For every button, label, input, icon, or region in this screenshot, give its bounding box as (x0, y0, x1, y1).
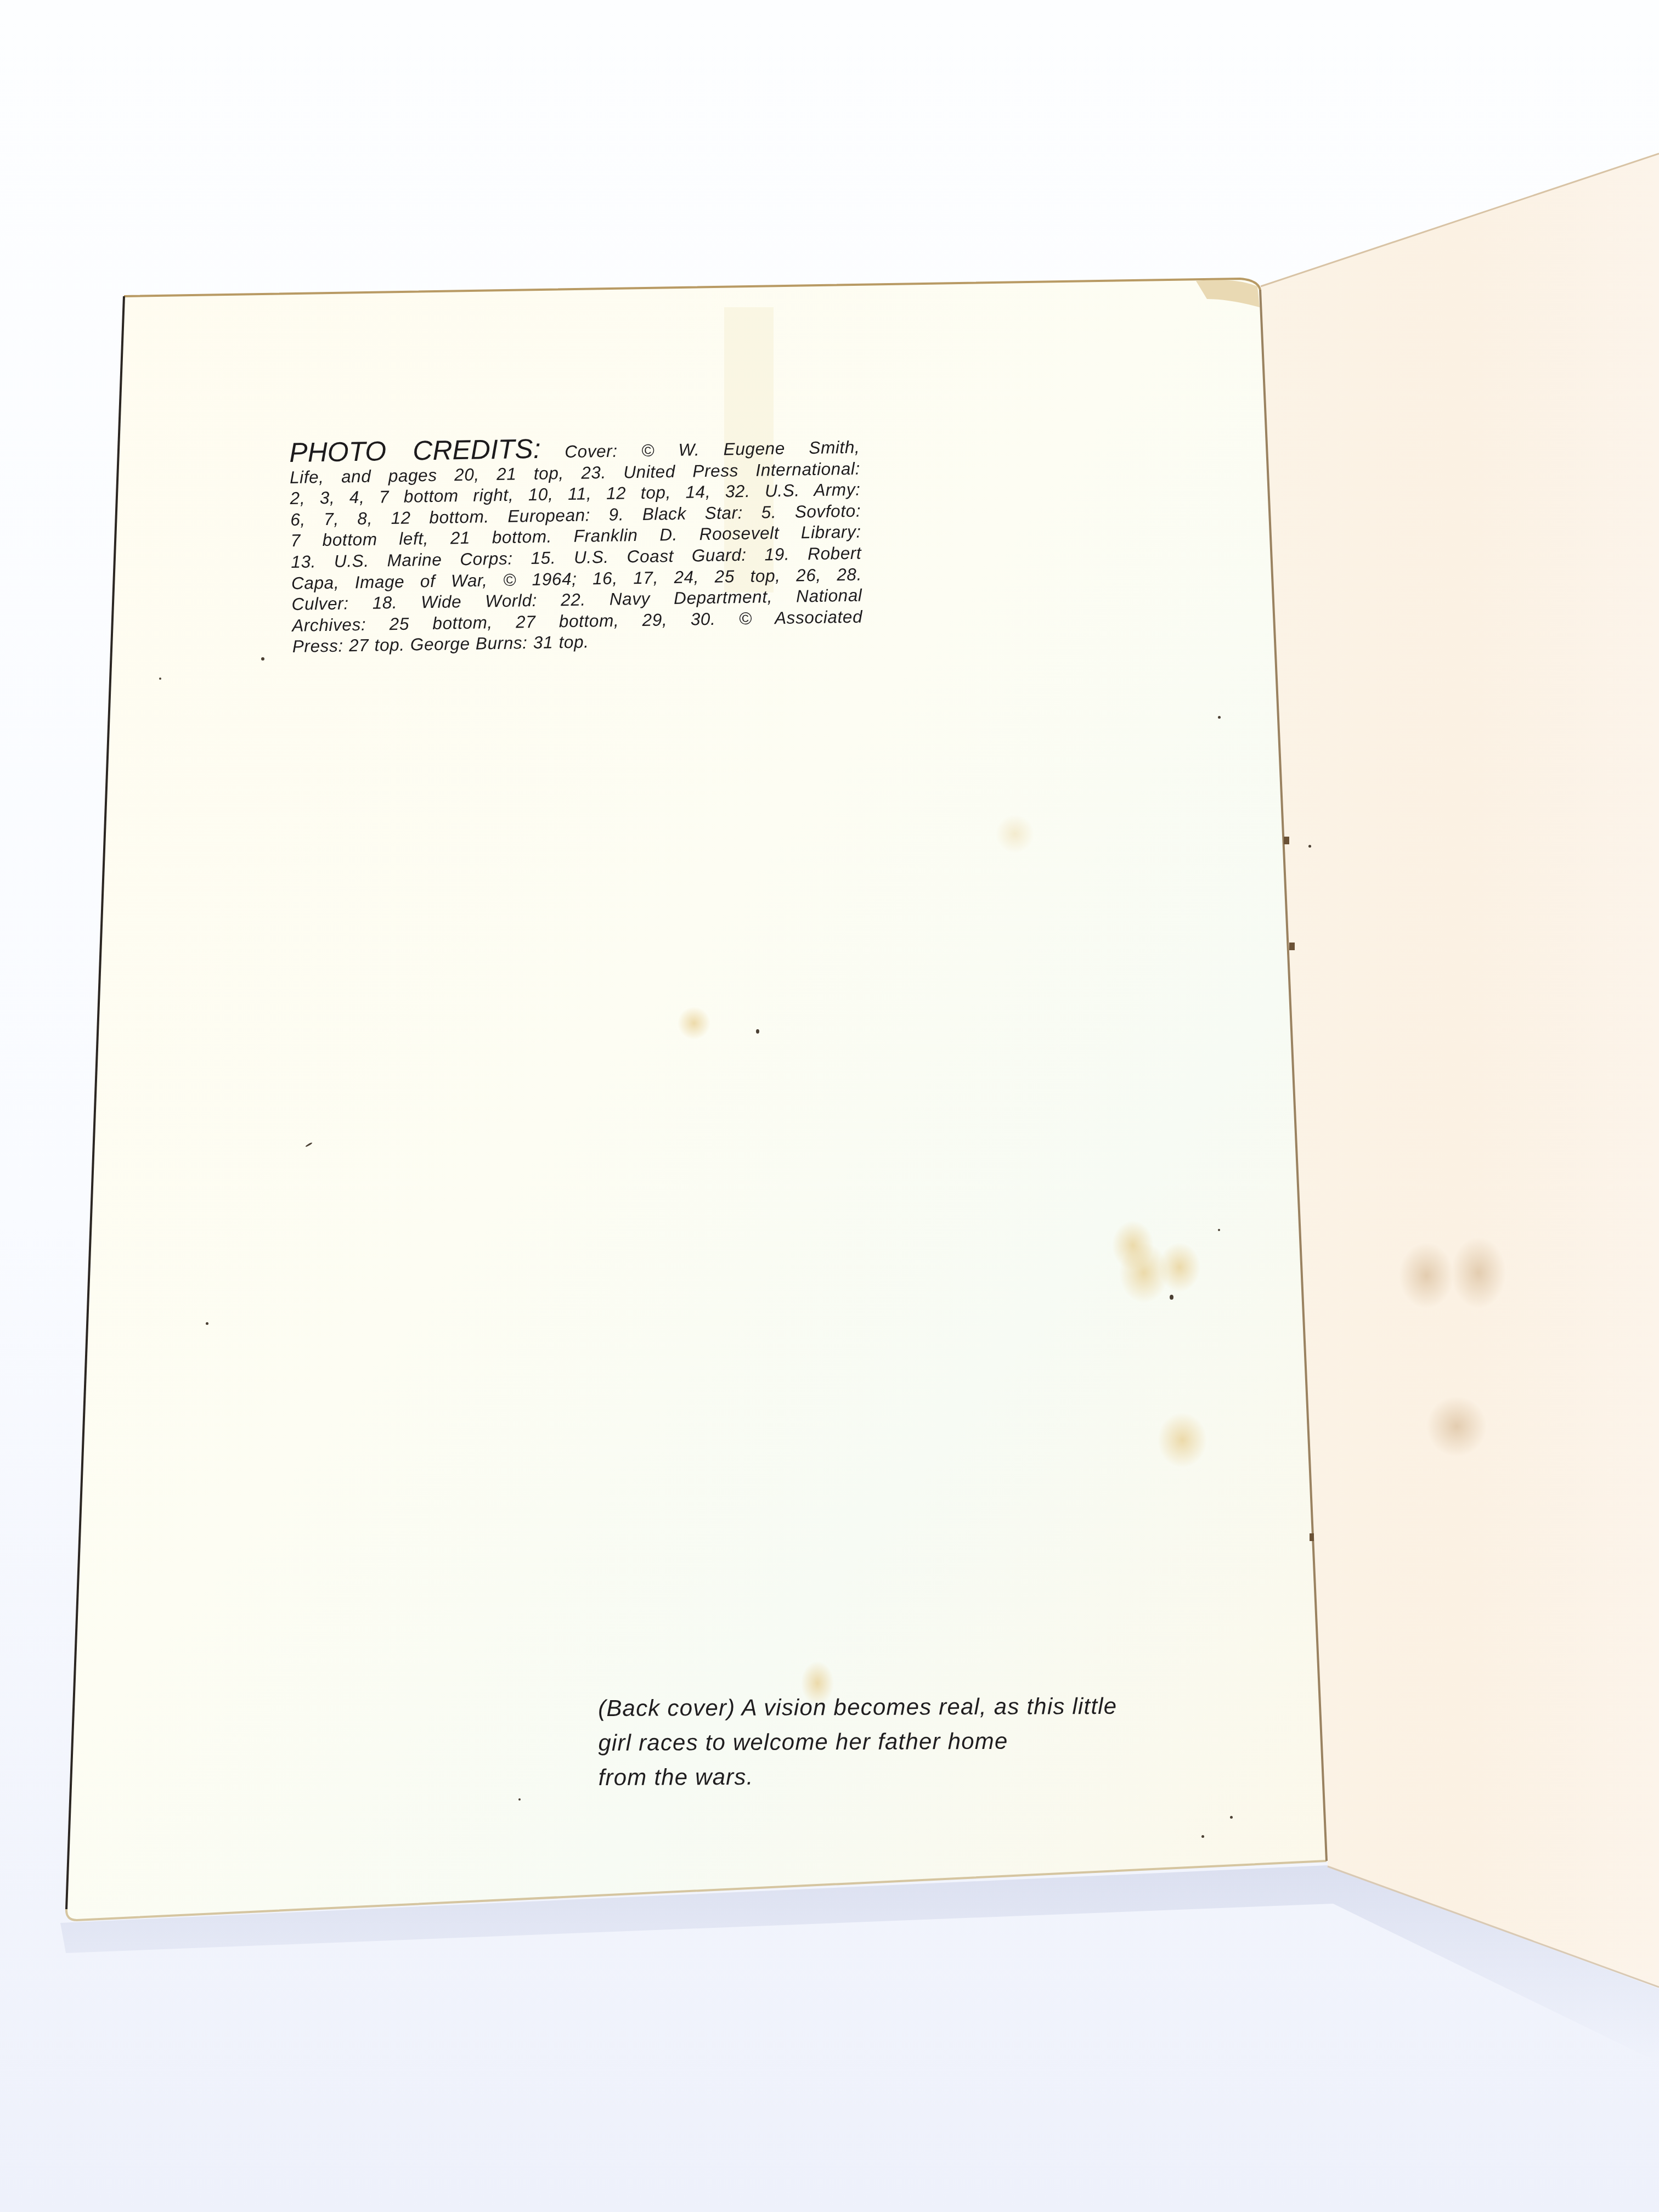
speck (1230, 1816, 1233, 1819)
back-cover-caption: (Back cover) A vision becomes real, as t… (598, 1688, 1235, 1795)
photo-scene: PHOTO CREDITS: Cover: © W. Eugene Smith,… (0, 0, 1659, 2212)
foxing-stain (1158, 1413, 1207, 1468)
staple-mark (1289, 943, 1295, 950)
booklet-pages (0, 0, 1659, 2212)
photo-credits-block: PHOTO CREDITS: Cover: © W. Eugene Smith,… (289, 433, 863, 657)
speck (1308, 845, 1311, 848)
speck (1170, 1295, 1173, 1300)
credits-text: Cover: © W. Eugene Smith, (565, 437, 860, 461)
caption-line: from the wars. (599, 1757, 1235, 1795)
staple-mark (1310, 1533, 1314, 1541)
speck (518, 1798, 521, 1801)
speck (206, 1322, 208, 1325)
speck (1218, 716, 1221, 719)
foxing-stain (1399, 1243, 1454, 1308)
foxing-stain (1159, 1243, 1200, 1292)
foxing-stain (1112, 1221, 1154, 1270)
speck (159, 678, 161, 680)
speck (261, 657, 264, 661)
staple-mark (1284, 837, 1289, 844)
speck (1218, 1229, 1220, 1231)
photo-credits-heading: PHOTO CREDITS: (289, 433, 541, 468)
foxing-stain (678, 1007, 710, 1040)
speck (756, 1029, 759, 1034)
speck (1201, 1835, 1204, 1838)
caption-line: (Back cover) A vision becomes real, as t… (598, 1688, 1234, 1725)
foxing-stain (1426, 1396, 1487, 1457)
foxing-stain (996, 815, 1034, 853)
caption-line: girl races to welcome her father home (598, 1723, 1234, 1760)
foxing-stain (1451, 1237, 1506, 1308)
